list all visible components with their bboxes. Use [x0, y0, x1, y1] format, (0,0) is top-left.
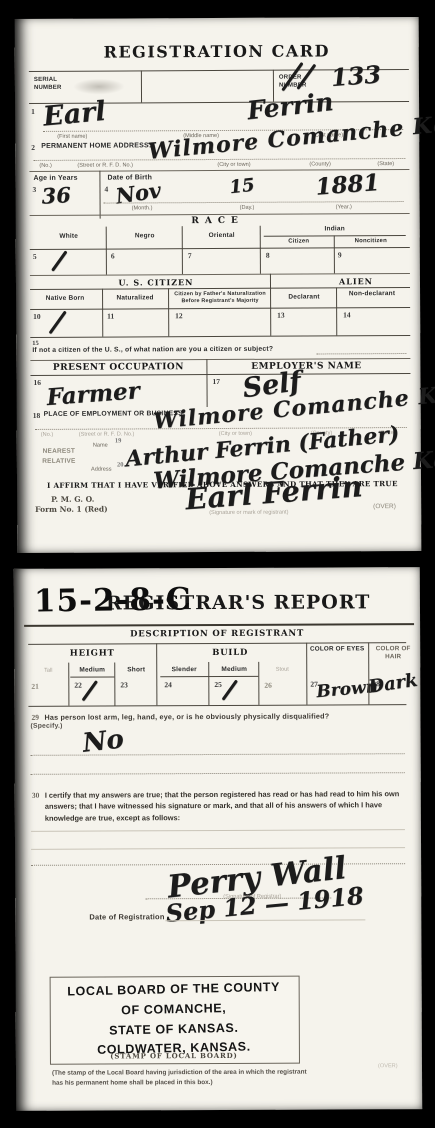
box-number: 5: [33, 252, 37, 261]
certify-text: I certify that my answers are true; that…: [45, 788, 407, 824]
divider: [30, 247, 410, 250]
birth-month-value: Nov: [114, 177, 163, 208]
alien-header: ALIEN: [306, 276, 406, 287]
write-line: [31, 753, 405, 756]
citizen-col-native: Native Born: [32, 295, 98, 302]
hair-color-value: Dark: [367, 670, 419, 698]
occupation-header: PRESENT OCCUPATION: [30, 362, 206, 373]
date-of-registration-label: Date of Registration: [89, 912, 164, 921]
alien-col-declarant: Declarant: [274, 293, 334, 300]
divider: [336, 287, 337, 335]
divider: [208, 662, 209, 705]
specify-label: (Specify.): [30, 723, 62, 730]
race-col-noncitizen: Noncitizen: [336, 238, 406, 244]
address-sublabel-state: (State): [377, 161, 394, 167]
first-name-value: Earl: [42, 96, 107, 133]
line-number: 18: [33, 411, 41, 420]
line-number: 16: [33, 378, 41, 387]
age-value: 36: [41, 182, 72, 209]
checkmark-white: [51, 250, 67, 271]
box-number: 8: [266, 251, 270, 260]
age-label: Age in Years: [33, 175, 77, 182]
alien-col-nondeclarant: Non-declarant: [340, 290, 404, 298]
divider: [258, 662, 259, 705]
month-sublabel: (Month.): [132, 205, 153, 211]
divider: [260, 226, 261, 274]
checkmark-height-medium: [82, 680, 98, 701]
box-number: 21: [31, 682, 39, 691]
box-number: 26: [264, 681, 272, 690]
write-line: [31, 772, 405, 775]
write-line: [316, 353, 406, 354]
box-number: 14: [343, 310, 351, 319]
race-col-white: White: [32, 233, 106, 240]
faded-serial-stamp: [73, 78, 125, 94]
box-number: 6: [111, 252, 115, 261]
box-number: 7: [188, 251, 192, 260]
box-number: 24: [164, 680, 172, 689]
divider: [28, 704, 406, 707]
write-line: [33, 158, 405, 161]
checkmark-native-born: [49, 311, 67, 335]
home-address-label: PERMANENT HOME ADDRESS:: [41, 142, 151, 150]
form-org: P. M. G. O.: [51, 495, 94, 504]
last-name-value: Ferrin: [246, 87, 335, 125]
stamp-caption: (The stamp of the Local Board having jur…: [52, 1068, 314, 1088]
form-number: Form No. 1 (Red): [35, 505, 108, 514]
box-number: 25: [214, 680, 222, 689]
divider: [270, 274, 271, 336]
col-medium-height: Medium: [70, 666, 114, 673]
race-col-citizen: Citizen: [264, 238, 334, 244]
divider: [24, 623, 414, 627]
address-sublabel-city: (City or town): [217, 162, 250, 168]
nearest-relative-label: NEAREST RELATIVE: [33, 447, 85, 467]
divider: [30, 373, 410, 376]
employer-header: EMPLOYER'S NAME: [206, 361, 406, 372]
line-number: 20: [117, 461, 124, 468]
citizen-col-naturalized: Naturalized: [104, 294, 166, 301]
divider: [114, 662, 115, 705]
divider: [30, 335, 410, 338]
col-slender: Slender: [160, 666, 208, 673]
disqualified-question: Has person lost arm, leg, hand, eye, or …: [44, 711, 400, 722]
divider: [30, 307, 410, 310]
build-header: BUILD: [156, 648, 304, 659]
line-number: 15: [32, 340, 39, 347]
first-name-label: (First name): [57, 134, 87, 140]
registrars-report-card: REGISTRAR'S REPORT 15-2-8-C DESCRIPTION …: [14, 567, 422, 1111]
order-number-value: 133: [330, 59, 382, 92]
employment-sublabel-no: (No.): [41, 432, 53, 438]
scanned-draft-card-page: { "registration_card": { "title": "REGIS…: [0, 0, 435, 1128]
card-title: REGISTRATION CARD: [15, 41, 419, 62]
relative-name-label: Name: [93, 443, 108, 449]
race-group-indian: Indian: [264, 225, 406, 233]
write-line: [165, 919, 365, 921]
col-medium-build: Medium: [210, 666, 258, 673]
divider: [334, 235, 335, 273]
box-number: 12: [175, 311, 183, 320]
relative-address-label: Address: [91, 467, 112, 473]
occupation-value: Farmer: [46, 377, 141, 411]
line-number: 19: [115, 438, 122, 445]
col-tall: Tall: [28, 668, 68, 674]
box-number: 10: [33, 312, 41, 321]
checkmark-build-medium: [222, 679, 238, 700]
us-citizen-header: U. S. CITIZEN: [76, 277, 236, 288]
birth-day-value: 15: [228, 175, 255, 199]
race-col-oriental: Oriental: [186, 232, 258, 239]
line-number: 2: [31, 143, 35, 152]
address-sublabel-street: (Street or R. F. D. No.): [77, 162, 133, 168]
divider: [99, 171, 100, 219]
line-number: 29: [31, 713, 39, 722]
over-label: (OVER): [373, 503, 396, 510]
box-number: 13: [277, 311, 285, 320]
divider: [141, 70, 142, 102]
divider: [68, 663, 69, 706]
divider: [70, 676, 114, 677]
hair-header: COLOR OF HAIR: [370, 645, 416, 662]
registration-card: REGISTRATION CARD SERIAL NUMBER ORDER NU…: [15, 17, 422, 553]
birth-year-value: 1881: [315, 169, 381, 201]
box-number: 11: [107, 312, 114, 321]
day-sublabel: (Day.): [240, 205, 255, 211]
height-header: HEIGHT: [28, 648, 156, 659]
divider: [182, 226, 183, 274]
race-col-negro: Negro: [108, 232, 182, 239]
description-header: DESCRIPTION OF REGISTRANT: [14, 628, 420, 640]
col-short: Short: [116, 666, 156, 673]
over-label: (OVER): [378, 1063, 398, 1069]
write-line: [31, 847, 405, 850]
divider: [168, 288, 169, 336]
employment-sublabel-street: (Street or R. F. D. No.): [79, 431, 135, 437]
year-sublabel: (Year.): [336, 204, 352, 210]
col-stout: Stout: [260, 667, 304, 673]
serial-number-label: SERIAL NUMBER: [34, 76, 68, 92]
box-number: 23: [120, 680, 128, 689]
line-number: 4: [104, 185, 108, 194]
address-sublabel-no: (No.): [39, 163, 51, 169]
registrant-signature-sublabel: (Signature or mark of registrant): [209, 510, 288, 516]
citizen-col-father: Citizen by Father's Naturalization Befor…: [172, 291, 268, 305]
line-number: 3: [32, 185, 36, 194]
write-line: [31, 829, 405, 832]
line-number: 17: [212, 377, 220, 386]
line-number: 30: [32, 791, 40, 800]
write-line: [104, 201, 404, 204]
eyes-header: COLOR OF EYES: [308, 645, 366, 653]
line-number: 1: [31, 107, 35, 116]
stamp-of-local-board-label: (STAMP OF LOCAL BOARD): [50, 1051, 298, 1061]
box-number: 9: [338, 250, 342, 259]
address-sublabel-county: (County): [309, 161, 330, 167]
serial-stamp-code: 15-2-8-C: [34, 581, 192, 619]
box-number: 22: [74, 681, 82, 690]
